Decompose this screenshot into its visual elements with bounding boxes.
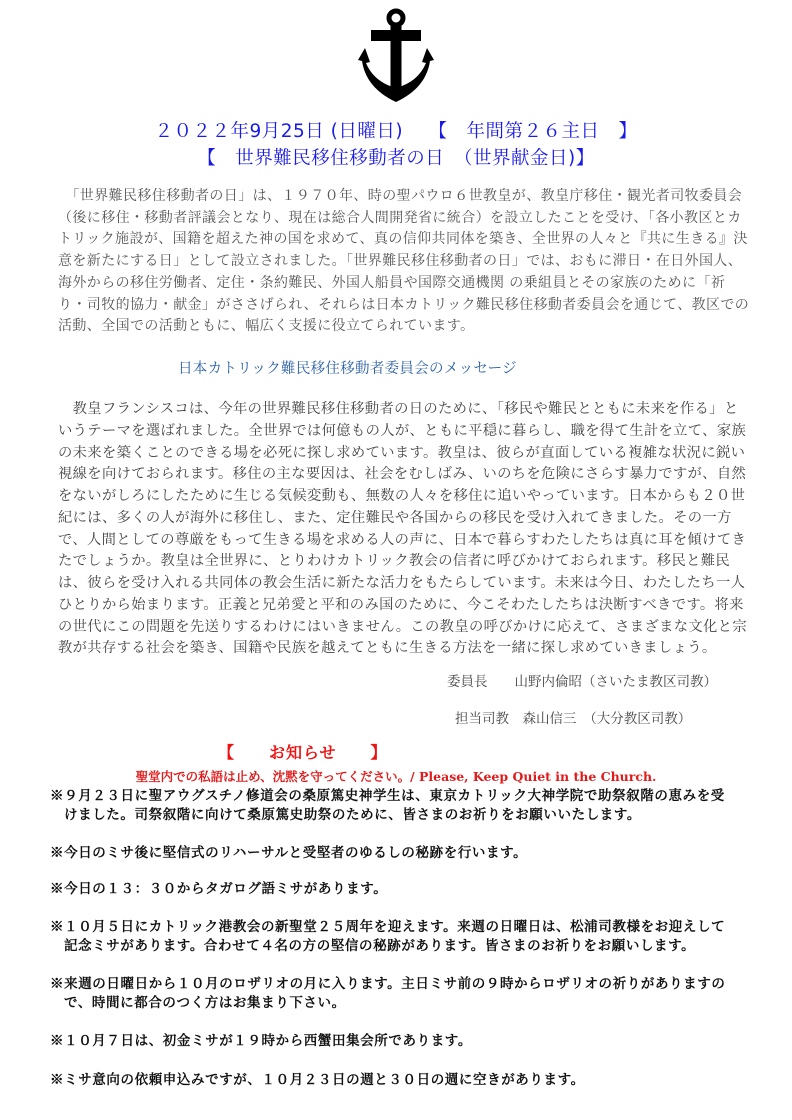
notice-line: ※ミサ意向の依頼申込みですが、１０月２３日の週と３０日の週に空きがあります。: [50, 1071, 585, 1090]
notice-item: ※今日の１３：３０からタガログ語ミサがあります。: [50, 880, 387, 899]
notice-item: ※１０月７日は、初金ミサが１９時から西蟹田集会所であります。: [50, 1032, 472, 1051]
notice-line: 記念ミサがあります。合わせて４名の方の堅信の秘跡があります。皆さまのお祈りをお願…: [50, 937, 725, 956]
signature-chairman: 委員長 山野内倫昭（さいたま教区司教）: [447, 670, 717, 690]
intro-line: り・司牧的協力・献金」がささげられ、それらは日本カトリック難民移住移動者委員会を…: [58, 295, 758, 317]
message-line: 紀には、多くの人が海外に移住し、また、定住難民や各国からの移民を受け入れてきまし…: [58, 508, 778, 530]
message-line: の世代にこの問題を先送りするわけにはいきません。この教皇の呼びかけに応えて、さま…: [58, 617, 778, 639]
intro-line: トリック施設が、国籍を超えた神の国を求めて、真の信仰共同体を築き、全世界の人々と…: [58, 229, 758, 251]
message-line: 教皇フランシスコは、今年の世界難民移住移動者の日のために、「移民や難民とともに未…: [58, 399, 778, 421]
notice-line: ※１０月５日にカトリック港教会の新聖堂２５周年を迎えます。来週の日曜日は、松浦司…: [50, 918, 725, 937]
message-line: たでしょうか。教皇は全世界に、とりわけカトリック教会の信者に呼びかけておられます…: [58, 551, 778, 573]
intro-line: 海外からの移住労働者、定住・条約難民、外国人船員や国際交通機関 の乗組員とその家…: [58, 273, 758, 295]
message-line: いうテーマを選ばれました。全世界では何億もの人が、ともに平穏に暮らし、職を得て生…: [58, 421, 778, 443]
notice-line: ※９月２３日に聖アウグスチノ修道会の桑原篤史神学生は、東京カトリック大神学院で助…: [50, 787, 725, 806]
notice-item: ※ミサ意向の依頼申込みですが、１０月２３日の週と３０日の週に空きがあります。: [50, 1071, 585, 1090]
message-line: をないがしろにしたために生じる気候変動も、無数の人々を移住に追いやっています。日…: [58, 486, 778, 508]
message-line: の未来を築くことのできる場を必死に探し求めています。教皇は、彼らが直面している複…: [58, 443, 778, 465]
notice-line: で、時間に都合のつく方はお集まり下さい。: [50, 994, 725, 1013]
message-paragraph: 教皇フランシスコは、今年の世界難民移住移動者の日のために、「移民や難民とともに未…: [58, 399, 778, 660]
intro-paragraph: 「世界難民移住移動者の日」は、１９７０年、時の聖パウロ６世教皇が、教皇庁移住・観…: [58, 186, 758, 338]
notice-line: ※１０月７日は、初金ミサが１９時から西蟹田集会所であります。: [50, 1032, 472, 1051]
notice-item: ※９月２３日に聖アウグスチノ修道会の桑原篤史神学生は、東京カトリック大神学院で助…: [50, 787, 725, 825]
message-line: 視線を向けておられます。移住の主な要因は、社会をむしばみ、いのちを危険にさらす暴…: [58, 464, 778, 486]
notice-line: けました。司祭叙階に向けて桑原篤史助祭のために、皆さまのお祈りをお願いいたします…: [50, 806, 725, 825]
intro-line: （後に移住・移動者評議会となり、現在は総合人間開発省に統合）を設立したことを受け…: [58, 208, 758, 230]
notice-item: ※今日のミサ後に堅信式のリハーサルと受堅者のゆるしの秘跡を行います。: [50, 844, 527, 863]
message-line: 教が共存する社会を築き、国籍や民族を越えてともに生きる方法を一緒に探し求めていき…: [58, 638, 778, 660]
notice-item: ※来週の日曜日から１０月のロザリオの月に入ります。主日ミサ前の９時からロザリオの…: [50, 975, 725, 1013]
intro-line: 活動、全国での活動ともに、幅広く支援に役立てられています。: [58, 316, 758, 338]
anchor-icon: [356, 8, 436, 102]
message-line: ひとりから始まります。正義と兄弟愛と平和のみ国のために、今こそわたしたちは決断す…: [58, 595, 778, 617]
quiet-notice: 聖堂内での私語は止め、沈黙を守ってください。/ Please, Keep Qui…: [0, 767, 792, 785]
page-title-occasion: 【 世界難民移住移動者の日 （世界献金日)】: [0, 144, 792, 170]
intro-line: 意を新たにする日」として設立されました。「世界難民移住移動者の日」では、おもに滞…: [58, 251, 758, 273]
notice-line: ※今日のミサ後に堅信式のリハーサルと受堅者のゆるしの秘跡を行います。: [50, 844, 527, 863]
notice-line: ※今日の１３：３０からタガログ語ミサがあります。: [50, 880, 387, 899]
page-title-date: ２０２２年9月25日 (日曜日) 【 年間第２６主日 】: [0, 117, 792, 143]
notice-line: ※来週の日曜日から１０月のロザリオの月に入ります。主日ミサ前の９時からロザリオの…: [50, 975, 725, 994]
message-line: は、彼らを受け入れる共同体の教会生活に新たな活力をもたらしています。未来は今日、…: [58, 573, 778, 595]
notice-item: ※１０月５日にカトリック港教会の新聖堂２５周年を迎えます。来週の日曜日は、松浦司…: [50, 918, 725, 956]
signature-bishop: 担当司教 森山信三 （大分教区司教）: [455, 707, 691, 727]
message-title: 日本カトリック難民移住移動者委員会のメッセージ: [178, 357, 517, 378]
notices-heading: 【 お知らせ 】: [218, 740, 388, 763]
intro-line: 「世界難民移住移動者の日」は、１９７０年、時の聖パウロ６世教皇が、教皇庁移住・観…: [58, 186, 758, 208]
message-line: で、人間としての尊厳をもって生きる場を求める人の声に、日本で暮らすわたしたちは真…: [58, 530, 778, 552]
